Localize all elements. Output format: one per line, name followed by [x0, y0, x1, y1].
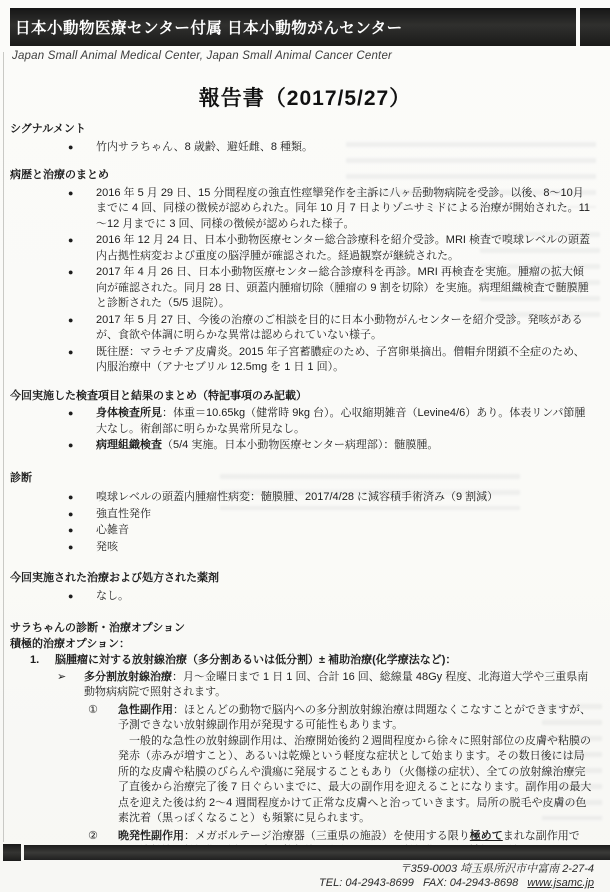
list-item: ● 竹内サラちゃん、8 歳齢、避妊雌、8 種類。: [10, 140, 594, 156]
list-item: ● 2016 年 5 月 29 日、15 分間程度の強直性痙攣発作を主訴に八ヶ岳…: [10, 186, 594, 233]
circled-one-icon: ①: [88, 703, 118, 734]
section-history: 病歴と治療のまとめ ● 2016 年 5 月 29 日、15 分間程度の強直性痙…: [10, 168, 594, 376]
bullet-list: ● 嗅球レベルの頭蓋内腫瘤性病変：髄膜腫、2017/4/28 に減容積手術済み（…: [10, 490, 594, 555]
list-item-text: 2017 年 4 月 26 日、日本小動物医療センター総合診療科を再診。MRI …: [96, 265, 594, 312]
list-item: ● 既往歴：マラセチア皮膚炎。2015 年子宮蓄膿症のため、子宮卵巣摘出。僧帽弁…: [10, 345, 594, 376]
item-rest: ：ほとんどの動物で脳内への多分割放射線治療は問題なくこなすことができますが、予測…: [118, 704, 591, 732]
list-item-text: 2016 年 5 月 29 日、15 分間程度の強直性痙攣発作を主訴に八ヶ岳動物…: [96, 186, 594, 233]
section-heading: シグナルメント: [10, 122, 594, 138]
list-item: ● 発咳: [10, 540, 594, 556]
org-title: 日本小動物医療センター付属 日本小動物がんセンター: [10, 16, 403, 38]
item-rest: （5/4 実施。日本小動物医療センター病理部）：髄膜腫。: [162, 439, 438, 451]
report-body: シグナルメント ● 竹内サラちゃん、8 歳齢、避妊雌、8 種類。 病歴と治療のま…: [10, 122, 594, 873]
list-item: ● 心雑音: [10, 523, 594, 539]
options-heading: サラちゃんの診断・治療オプション: [10, 621, 594, 637]
list-item: ● 強直性発作: [10, 507, 594, 523]
footer-address: 〒359-0003 埼玉県所沢市中富南 2-27-4: [34, 862, 594, 876]
list-item-text: 発咳: [96, 540, 594, 556]
section-options: サラちゃんの診断・治療オプション 積極的治療オプション： 1. 脳腫瘤に対する放…: [10, 621, 594, 860]
list-item: ● 嗅球レベルの頭蓋内腫瘤性病変：髄膜腫、2017/4/28 に減容積手術済み（…: [10, 490, 594, 506]
section-signalment: シグナルメント ● 竹内サラちゃん、8 歳齢、避妊雌、8 種類。: [10, 122, 594, 155]
list-item: ● 病理組織検査（5/4 実施。日本小動物医療センター病理部）：髄膜腫。: [10, 438, 594, 454]
section-treatment: 今回実施された治療および処方された薬剤 ● なし。: [10, 571, 594, 604]
item-text: 多分割放射線治療：月～金曜日まで 1 日 1 回、合計 16 回、総線量 48G…: [84, 670, 594, 701]
footer-contact: 〒359-0003 埼玉県所沢市中富南 2-27-4 TEL: 04-2943-…: [34, 862, 594, 890]
org-subtitle: Japan Small Animal Medical Center, Japan…: [12, 50, 392, 62]
acute-side-effect-item: ① 急性副作用：ほとんどの動物で脳内への多分割放射線治療は問題なくこなすことがで…: [10, 703, 594, 734]
scan-edge-line: [3, 52, 4, 842]
bullet-icon: ●: [68, 523, 96, 539]
bullet-icon: ●: [68, 406, 96, 437]
footer-rule-bar: [24, 845, 610, 860]
option-text: 脳腫瘤に対する放射線治療（多分割あるいは低分割）± 補助治療(化学療法など)：: [55, 653, 456, 669]
bullet-icon: ●: [68, 140, 96, 156]
section-heading: 病歴と治療のまとめ: [10, 168, 594, 184]
arrow-bullet-icon: ➢: [57, 670, 84, 701]
bullet-icon: ●: [68, 490, 96, 506]
bullet-list: ● なし。: [10, 589, 594, 605]
emphasized-word: 極めて: [470, 830, 503, 842]
list-item-text: 竹内サラちゃん、8 歳齢、避妊雌、8 種類。: [96, 140, 594, 156]
footer-fax: FAX: 04-2943-8698: [423, 877, 518, 889]
list-item-text: なし。: [96, 589, 594, 605]
footer-tel: TEL: 04-2943-8699: [319, 877, 414, 889]
bullet-icon: ●: [68, 313, 96, 344]
list-item-text: 身体検査所見：体重＝10.65kg（健常時 9kg 台）。心収縮期雑音（Levi…: [96, 406, 594, 437]
list-item: ● 2016 年 12 月 24 日、日本小動物医療センター総合診療科を紹介受診…: [10, 233, 594, 264]
list-item-text: 心雑音: [96, 523, 594, 539]
item-text: 急性副作用：ほとんどの動物で脳内への多分割放射線治療は問題なくこなすことができま…: [118, 703, 594, 734]
list-item-text: 強直性発作: [96, 507, 594, 523]
bullet-icon: ●: [68, 345, 96, 376]
list-item-text: 2016 年 12 月 24 日、日本小動物医療センター総合診療科を紹介受診。M…: [96, 233, 594, 264]
option-item-1: 1. 脳腫瘤に対する放射線治療（多分割あるいは低分割）± 補助治療(化学療法など…: [10, 653, 594, 669]
org-header-bar: 日本小動物医療センター付属 日本小動物がんセンター: [10, 8, 576, 46]
list-item: ● なし。: [10, 589, 594, 605]
list-item-text: 病理組織検査（5/4 実施。日本小動物医療センター病理部）：髄膜腫。: [96, 438, 594, 454]
item-pre: ：メガボルテージ治療器（三重県の施設）を使用する限り: [184, 830, 470, 842]
item-lead: 身体検査所見: [96, 407, 162, 419]
list-item: ● 2017 年 4 月 26 日、日本小動物医療センター総合診療科を再診。MR…: [10, 265, 594, 312]
list-item-text: 既往歴：マラセチア皮膚炎。2015 年子宮蓄膿症のため、子宮卵巣摘出。僧帽弁閉鎖…: [96, 345, 594, 376]
bullet-icon: ●: [68, 186, 96, 233]
section-tests: 今回実施した検査項目と結果のまとめ（特記事項のみ記載） ● 身体検査所見：体重＝…: [10, 389, 594, 454]
header-corner-block: [580, 8, 610, 46]
bullet-list: ● 身体検査所見：体重＝10.65kg（健常時 9kg 台）。心収縮期雑音（Le…: [10, 406, 594, 454]
bullet-icon: ●: [68, 507, 96, 523]
bullet-icon: ●: [68, 265, 96, 312]
item-rest: ：体重＝10.65kg（健常時 9kg 台）。心収縮期雑音（Levine4/6）…: [96, 407, 585, 435]
scanned-report-page: 日本小動物医療センター付属 日本小動物がんセンター Japan Small An…: [0, 0, 610, 892]
list-item: ● 2017 年 5 月 27 日、今後の治療のご相談を目的に日本小動物がんセン…: [10, 313, 594, 344]
list-item-text: 嗅球レベルの頭蓋内腫瘤性病変：髄膜腫、2017/4/28 に減容積手術済み（9 …: [96, 490, 594, 506]
footer-corner-block: [3, 844, 21, 861]
footer-contact-line: TEL: 04-2943-8699 FAX: 04-2943-8698 www.…: [34, 876, 594, 890]
option-number: 1.: [30, 653, 55, 669]
bullet-icon: ●: [68, 438, 96, 454]
report-title: 報告書（2017/5/27）: [0, 82, 610, 112]
bullet-list: ● 竹内サラちゃん、8 歳齢、避妊雌、8 種類。: [10, 140, 594, 156]
acute-side-effect-detail: 一般的な急性の放射線副作用は、治療開始後約２週間程度から徐々に照射部位の皮膚や粘…: [10, 734, 594, 827]
bullet-icon: ●: [68, 589, 96, 605]
item-lead: 多分割放射線治療: [84, 671, 172, 683]
section-heading: 今回実施した検査項目と結果のまとめ（特記事項のみ記載）: [10, 389, 594, 405]
fractionated-radiation-item: ➢ 多分割放射線治療：月～金曜日まで 1 日 1 回、合計 16 回、総線量 4…: [10, 670, 594, 701]
section-heading: 診断: [10, 471, 594, 487]
bullet-icon: ●: [68, 233, 96, 264]
options-subheading: 積極的治療オプション：: [10, 637, 594, 653]
list-item-text: 2017 年 5 月 27 日、今後の治療のご相談を目的に日本小動物がんセンター…: [96, 313, 594, 344]
list-item: ● 身体検査所見：体重＝10.65kg（健常時 9kg 台）。心収縮期雑音（Le…: [10, 406, 594, 437]
footer-website: www.jsamc.jp: [527, 877, 594, 889]
bullet-icon: ●: [68, 540, 96, 556]
item-lead: 病理組織検査: [96, 439, 162, 451]
item-lead: 急性副作用: [118, 704, 173, 716]
bullet-list: ● 2016 年 5 月 29 日、15 分間程度の強直性痙攣発作を主訴に八ヶ岳…: [10, 186, 594, 376]
section-heading: 今回実施された治療および処方された薬剤: [10, 571, 594, 587]
section-diagnosis: 診断 ● 嗅球レベルの頭蓋内腫瘤性病変：髄膜腫、2017/4/28 に減容積手術…: [10, 471, 594, 556]
item-lead: 晩発性副作用: [118, 830, 184, 842]
